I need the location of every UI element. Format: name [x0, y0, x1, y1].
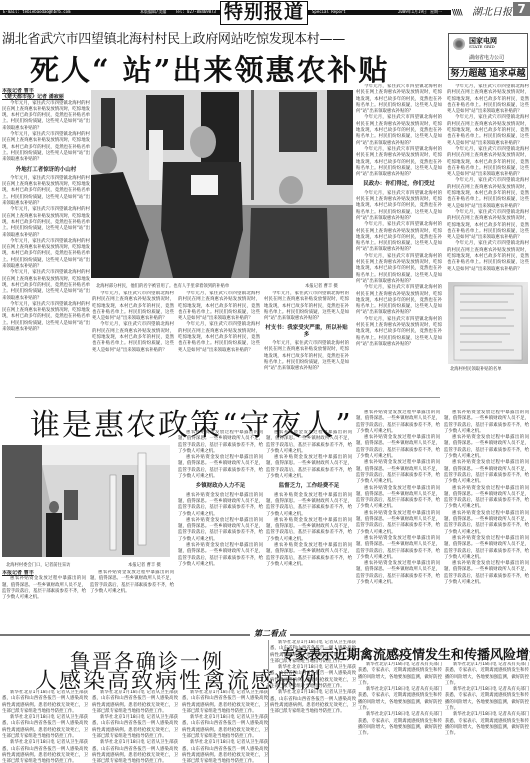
article1-col3-text: 今年元月，家住武穴市四望镇北海村的村民在网上查询惠农补贴发放情况时，吃惊地发现，…	[178, 291, 260, 322]
article2-col5-text4: 惠农补贴资金发放过程中暴露出的问题，值得深思。一些乡镇财政所人员不足，监管手段落…	[356, 486, 440, 511]
article1-col5-text6: 今年元月，家住武穴市四望镇北海村的村民在网上查询惠农补贴发放情况时，吃惊地发现，…	[356, 254, 442, 285]
masthead-editor: 本版编辑/美编	[140, 8, 166, 16]
villagers-photo-icon	[91, 90, 353, 278]
article4-col1-text2: 新华社北京1月18日电 记者从有关部门获悉，专家表示，近期禽流感疫情发生和传播的…	[358, 687, 442, 712]
article3-col3-text3: 新华社北京1月18日电 记者从卫生部获悉，山东省和山西省各报告一例人感染高致病性…	[182, 740, 268, 763]
article4-col1-text3: 新华社北京1月18日电 记者从有关部门获悉，专家表示，近期禽流感疫情发生和传播的…	[358, 712, 442, 737]
article2-col6-text: 惠农补贴资金发放过程中暴露出的问题，值得深思。一些乡镇财政所人员不足，监管手段落…	[444, 410, 529, 435]
article2-column-2: 惠农补贴资金发放过程中暴露出的问题，值得深思。一些乡镇财政所人员不足，监管手段落…	[90, 570, 174, 628]
article2-col5-text2: 惠农补贴资金发放过程中暴露出的问题，值得深思。一些乡镇财政所人员不足，监管手段落…	[356, 435, 440, 460]
article4-col2-text2: 新华社北京1月18日电 记者从有关部门获悉，专家表示，近期禽流感疫情发生和传播的…	[445, 687, 529, 712]
article4-col2-text: 新华社北京1月18日电 记者从有关部门获悉，专家表示，近期禽流感疫情发生和传播的…	[445, 662, 529, 687]
article1-photo-credit: 本报记者 曹丰 摄	[305, 283, 338, 289]
article1-body-cont6: 今年元月，家住武穴市四望镇北海村的村民在网上查询惠农补贴发放情况时，吃惊地发现，…	[2, 302, 90, 333]
article1-subhead3: 村支书：我家受灾严重，所以补贴多	[264, 325, 349, 338]
article1-col6-text6: 今年元月，家住武穴市四望镇北海村的村民在网上查询惠农补贴发放情况时，吃惊地发现，…	[447, 241, 529, 272]
article2-col5-text3: 惠农补贴资金发放过程中暴露出的问题，值得深思。一些乡镇财政所人员不足，监管手段落…	[356, 460, 440, 485]
article2-col6-text6: 惠农补贴资金发放过程中暴露出的问题，值得深思。一些乡镇财政所人员不足，监管手段落…	[444, 536, 529, 561]
article1-col6-text4: 今年元月，家住武穴市四望镇北海村的村民在网上查询惠农补贴发放情况时，吃惊地发现，…	[447, 178, 529, 209]
article4-col1-text: 新华社北京1月18日电 记者从有关部门获悉，专家表示，近期禽流感疫情发生和传播的…	[358, 662, 442, 687]
article2-column-1: 本报记者 曹丰 惠农补贴资金发放过程中暴露出的问题，值得深思。一些乡镇财政所人员…	[2, 570, 86, 628]
article3-col3-text: 新华社北京1月18日电 记者从卫生部获悉，山东省和山西省各报告一例人感染高致病性…	[182, 690, 268, 715]
article1-photo-caption: 北海村部分村民，他们的名字被冒用了。也有人手里拿着领到的补贴单	[96, 283, 229, 289]
article1-col5-text3: 今年元月，家住武穴市四望镇北海村的村民在网上查询惠农补贴发放情况时，吃惊地发现，…	[356, 147, 442, 178]
article1-col4-text: 今年元月，家住武穴市四望镇北海村的村民在网上查询惠农补贴发放情况时，吃惊地发现，…	[264, 291, 349, 322]
article1-column-2: 今年元月，家住武穴市四望镇北海村的村民在网上查询惠农补贴发放情况时，吃惊地发现，…	[92, 291, 174, 373]
article1-headline[interactable]: 死人“ 站”出来领惠农补贴	[30, 48, 389, 89]
article1-column-5: 今年元月，家住武穴市四望镇北海村的村民在网上查询惠农补贴发放情况时，吃惊地发现，…	[356, 84, 442, 374]
state-grid-logo-icon	[453, 38, 465, 50]
article4-column-1: 新华社北京1月18日电 记者从有关部门获悉，专家表示，近期禽流感疫情发生和传播的…	[358, 662, 442, 763]
article1-col3-text2: 今年元月，家住武穴市四望镇北海村的村民在网上查询惠农补贴发放情况时，吃惊地发现，…	[178, 322, 260, 353]
article1-col5-text: 今年元月，家住武穴市四望镇北海村的村民在网上查询惠农补贴发放情况时，吃惊地发现，…	[356, 84, 442, 115]
village-office-photo-icon	[2, 445, 170, 557]
hatch-decoration-icon: \\\\\	[452, 8, 462, 17]
article3-col1-text3: 新华社北京1月18日电 记者从卫生部获悉，山东省和山西省各报告一例人感染高致病性…	[2, 740, 88, 763]
section-tag: 第二看点	[250, 628, 290, 639]
article1-column-6: 今年元月，家住武穴市四望镇北海村的村民在网上查询惠农补贴发放情况时，吃惊地发现，…	[447, 84, 529, 276]
article2-col6-text7: 惠农补贴资金发放过程中暴露出的问题，值得深思。一些乡镇财政所人员不足，监管手段落…	[444, 561, 529, 586]
article1-col5-text2: 今年元月，家住武穴市四望镇北海村的村民在网上查询惠农补贴发放情况时，吃惊地发现，…	[356, 115, 442, 146]
article1-column-4: 今年元月，家住武穴市四望镇北海村的村民在网上查询惠农补贴发放情况时，吃惊地发现，…	[264, 291, 349, 373]
ad-brand-en: STATE GRID	[469, 44, 495, 49]
article2-col5-text7: 惠农补贴资金发放过程中暴露出的问题，值得深思。一些乡镇财政所人员不足，监管手段落…	[356, 561, 440, 586]
article2-col6-text4: 惠农补贴资金发放过程中暴露出的问题，值得深思。一些乡镇财政所人员不足，监管手段落…	[444, 486, 529, 511]
masthead-email: E-mail: tebiebaodao@hbrb.com	[3, 8, 70, 16]
article3-column-1: 新华社北京1月18日电 记者从卫生部获悉，山东省和山西省各报告一例人感染高致病性…	[2, 690, 88, 763]
article2-col3-text: 惠农补贴资金发放过程中暴露出的问题，值得深思。一些乡镇财政所人员不足，监管手段落…	[178, 430, 263, 455]
article4-column-2: 新华社北京1月18日电 记者从有关部门获悉，专家表示，近期禽流感疫情发生和传播的…	[445, 662, 529, 763]
article2-col5-text5: 惠农补贴资金发放过程中暴露出的问题，值得深思。一些乡镇财政所人员不足，监管手段落…	[356, 511, 440, 536]
article1-subhead1: 外地打工者惊讶的小山村	[2, 167, 90, 173]
article3-col2-text2: 新华社北京1月18日电 记者从卫生部获悉，山东省和山西省各报告一例人感染高致病性…	[92, 715, 178, 740]
article2-col4-text: 惠农补贴资金发放过程中暴露出的问题，值得深思。一些乡镇财政所人员不足，监管手段落…	[266, 430, 352, 455]
article1-col5-text8: 今年元月，家住武穴市四望镇北海村的村民在网上查询惠农补贴发放情况时，吃惊地发现，…	[356, 317, 442, 348]
ad-company: 湖南省电力公司	[469, 54, 504, 62]
article2-col6-text3: 惠农补贴资金发放过程中暴露出的问题，值得深思。一些乡镇财政所人员不足，监管手段落…	[444, 460, 529, 485]
article1-column-1: 本报记者 曹丰 《楚天都市报》记者 潘寂丽 今年元月，家住武穴市四望镇北海村的村…	[2, 88, 90, 373]
document-sheet-icon	[448, 282, 528, 364]
article1-document-caption: 北海村村民领取补贴的名单	[450, 366, 502, 372]
state-grid-ad[interactable]: 国家电网 STATE GRID 湖南省电力公司 努力超越 追求卓越	[448, 33, 528, 80]
article2-photo[interactable]	[2, 445, 170, 557]
ad-slogan: 努力超越 追求卓越	[449, 67, 527, 81]
article3-col2-text3: 新华社北京1月18日电 记者从卫生部获悉，山东省和山西省各报告一例人感染高致病性…	[92, 740, 178, 763]
article2-col3-text5: 惠农补贴资金发放过程中暴露出的问题，值得深思。一些乡镇财政所人员不足，监管手段落…	[178, 543, 263, 568]
article2-col4-text5: 惠农补贴资金发放过程中暴露出的问题，值得深思。一些乡镇财政所人员不足，监管手段落…	[266, 543, 352, 568]
article2-col6-text5: 惠农补贴资金发放过程中暴露出的问题，值得深思。一些乡镇财政所人员不足，监管手段落…	[444, 511, 529, 536]
article2-col1-text: 惠农补贴资金发放过程中暴露出的问题，值得深思。一些乡镇财政所人员不足，监管手段落…	[2, 576, 86, 601]
article1-col5-text5: 今年元月，家住武穴市四望镇北海村的村民在网上查询惠农补贴发放情况时，吃惊地发现，…	[356, 222, 442, 253]
article1-kicker: 湖北省武穴市四望镇北海村村民上政府网站吃惊发现本村——	[2, 28, 345, 47]
article3-column-2: 新华社北京1月18日电 记者从卫生部获悉，山东省和山西省各报告一例人感染高致病性…	[92, 690, 178, 763]
article4-col2-text3: 新华社北京1月18日电 记者从有关部门获悉，专家表示，近期禽流感疫情发生和传播的…	[445, 712, 529, 737]
article2-column-3: 惠农补贴资金发放过程中暴露出的问题，值得深思。一些乡镇财政所人员不足，监管手段落…	[178, 430, 263, 628]
masthead-phone: Tel: 027-88469873	[175, 8, 216, 16]
article1-col2-text: 今年元月，家住武穴市四望镇北海村的村民在网上查询惠农补贴发放情况时，吃惊地发现，…	[92, 291, 174, 322]
article1-col5-text7: 今年元月，家住武穴市四望镇北海村的村民在网上查询惠农补贴发放情况时，吃惊地发现，…	[356, 285, 442, 316]
article1-col2-text2: 今年元月，家住武穴市四望镇北海村的村民在网上查询惠农补贴发放情况时，吃惊地发现，…	[92, 322, 174, 353]
article2-col4-text2: 惠农补贴资金发放过程中暴露出的问题，值得深思。一些乡镇财政所人员不足，监管手段落…	[266, 455, 352, 480]
article2-col3-text2: 惠农补贴资金发放过程中暴露出的问题，值得深思。一些乡镇财政所人员不足，监管手段落…	[178, 455, 263, 480]
column-divider	[268, 640, 269, 763]
article3-col4-text3: 新华社北京1月18日电 记者从卫生部获悉，山东省和山西省各报告一例人感染高致病性…	[270, 690, 356, 715]
article1-col4-text2: 今年元月，家住武穴市四望镇北海村的村民在网上查询惠农补贴发放情况时，吃惊地发现，…	[264, 341, 349, 372]
article1-col6-text2: 今年元月，家住武穴市四望镇北海村的村民在网上查询惠农补贴发放情况时，吃惊地发现，…	[447, 115, 529, 146]
issue-date: 2009年1月19日	[398, 8, 427, 16]
article2-col2-text: 惠农补贴资金发放过程中暴露出的问题，值得深思。一些乡镇财政所人员不足，监管手段落…	[90, 570, 174, 595]
article2-subhead1: 乡镇财政办人力不足	[178, 483, 263, 489]
article2-subhead2: 监督乏力，工作经费不足	[266, 483, 352, 489]
article2-photo-caption: 北海村村委会门口，记者前往采访	[6, 562, 70, 568]
article1-column-3: 今年元月，家住武穴市四望镇北海村的村民在网上查询惠农补贴发放情况时，吃惊地发现，…	[178, 291, 260, 373]
article3-col4-text2: 新华社北京1月18日电 记者从卫生部获悉，山东省和山西省各报告一例人感染高致病性…	[270, 665, 356, 690]
paper-name: 湖北日报	[472, 3, 512, 18]
article2-column-5: 惠农补贴资金发放过程中暴露出的问题，值得深思。一些乡镇财政所人员不足，监管手段落…	[356, 410, 440, 628]
article1-photo[interactable]	[91, 90, 353, 278]
article3-col3-text2: 新华社北京1月18日电 记者从卫生部获悉，山东省和山西省各报告一例人感染高致病性…	[182, 715, 268, 740]
article2-col5-text: 惠农补贴资金发放过程中暴露出的问题，值得深思。一些乡镇财政所人员不足，监管手段落…	[356, 410, 440, 435]
article1-body-cont4: 今年元月，家住武穴市四望镇北海村的村民在网上查询惠农补贴发放情况时，吃惊地发现，…	[2, 239, 90, 270]
article4-headline[interactable]: 专家表示近期禽流感疫情发生和传播风险增大	[282, 644, 530, 663]
article3-col1-text2: 新华社北京1月18日电 记者从卫生部获悉，山东省和山西省各报告一例人感染高致病性…	[2, 715, 88, 740]
article3-column-3: 新华社北京1月18日电 记者从卫生部获悉，山东省和山西省各报告一例人感染高致病性…	[182, 690, 268, 763]
article2-col3-text3: 惠农补贴资金发放过程中暴露出的问题，值得深思。一些乡镇财政所人员不足，监管手段落…	[178, 493, 263, 518]
article-divider	[15, 397, 440, 398]
article1-document-photo[interactable]	[448, 282, 528, 364]
section-english: Special Report	[312, 8, 346, 16]
section-title: 特别报道	[220, 1, 308, 25]
page-number: 7	[513, 2, 530, 16]
article2-col4-text4: 惠农补贴资金发放过程中暴露出的问题，值得深思。一些乡镇财政所人员不足，监管手段落…	[266, 518, 352, 543]
article1-subhead2: 民政办：你们得过，你们受过	[356, 181, 442, 187]
article1-col6-text: 今年元月，家住武穴市四望镇北海村的村民在网上查询惠农补贴发放情况时，吃惊地发现，…	[447, 84, 529, 115]
article3-col1-text: 新华社北京1月18日电 记者从卫生部获悉，山东省和山西省各报告一例人感染高致病性…	[2, 690, 88, 715]
article1-body-cont2: 今年元月，家住武穴市四望镇北海村的村民在网上查询惠农补贴发放情况时，吃惊地发现，…	[2, 176, 90, 207]
article2-photo-credit: 本报记者 曹丰 摄	[128, 562, 161, 568]
article2-col5-text6: 惠农补贴资金发放过程中暴露出的问题，值得深思。一些乡镇财政所人员不足，监管手段落…	[356, 536, 440, 561]
article2-column-6: 惠农补贴资金发放过程中暴露出的问题，值得深思。一些乡镇财政所人员不足，监管手段落…	[444, 410, 529, 628]
article2-col6-text2: 惠农补贴资金发放过程中暴露出的问题，值得深思。一些乡镇财政所人员不足，监管手段落…	[444, 435, 529, 460]
article2-column-4: 惠农补贴资金发放过程中暴露出的问题，值得深思。一些乡镇财政所人员不足，监管手段落…	[266, 430, 352, 628]
article1-col6-text5: 今年元月，家住武穴市四望镇北海村的村民在网上查询惠农补贴发放情况时，吃惊地发现，…	[447, 210, 529, 241]
article1-col5-text4: 今年元月，家住武穴市四望镇北海村的村民在网上查询惠农补贴发放情况时，吃惊地发现，…	[356, 191, 442, 222]
article1-body: 今年元月，家住武穴市四望镇北海村的村民在网上查询惠农补贴发放情况时，吃惊地发现，…	[2, 101, 90, 132]
article3-col2-text: 新华社北京1月18日电 记者从卫生部获悉，山东省和山西省各报告一例人感染高致病性…	[92, 690, 178, 715]
article1-body-cont5: 今年元月，家住武穴市四望镇北海村的村民在网上查询惠农补贴发放情况时，吃惊地发现，…	[2, 270, 90, 301]
article1-body-cont3: 今年元月，家住武穴市四望镇北海村的村民在网上查询惠农补贴发放情况时，吃惊地发现，…	[2, 207, 90, 238]
article1-body-cont: 今年元月，家住武穴市四望镇北海村的村民在网上查询惠农补贴发放情况时，吃惊地发现，…	[2, 132, 90, 163]
article1-col6-text3: 今年元月，家住武穴市四望镇北海村的村民在网上查询惠农补贴发放情况时，吃惊地发现，…	[447, 147, 529, 178]
article2-col3-text4: 惠农补贴资金发放过程中暴露出的问题，值得深思。一些乡镇财政所人员不足，监管手段落…	[178, 518, 263, 543]
issue-weekday: 星期一	[430, 8, 442, 16]
article2-col4-text3: 惠农补贴资金发放过程中暴露出的问题，值得深思。一些乡镇财政所人员不足，监管手段落…	[266, 493, 352, 518]
